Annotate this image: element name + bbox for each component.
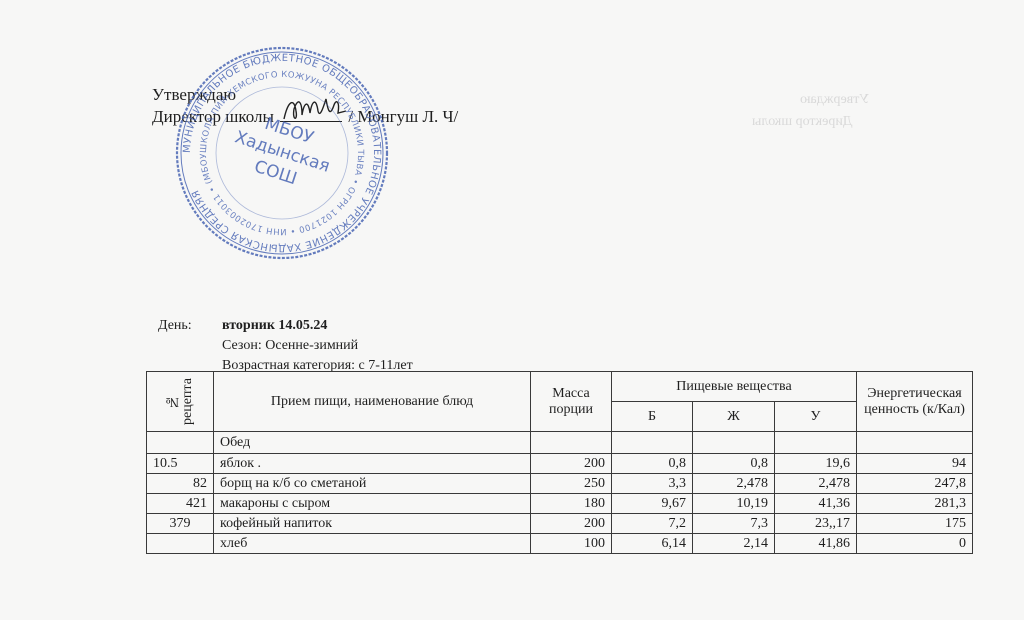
bleed-through-director: Директор школы (752, 114, 852, 130)
svg-text:ШКОЛА ПИЙ-ХЕМСКОГО КОЖУУНА РЕС: ШКОЛА ПИЙ-ХЕМСКОГО КОЖУУНА РЕСПУБЛИКИ ТЫ… (172, 43, 365, 236)
day-info: День: вторник 14.05.24 Сезон: Осенне-зим… (158, 316, 413, 376)
signature-icon (280, 91, 350, 127)
director-label: Директор школы (152, 107, 274, 126)
table-row: 10.5 яблок . 200 0,8 0,8 19,6 94 (147, 454, 973, 474)
header-nutrients: Пищевые вещества (612, 372, 857, 402)
svg-text:МУНИЦИПАЛЬНОЕ БЮДЖЕТНОЕ ОБЩЕОБ: МУНИЦИПАЛЬНОЕ БЮДЖЕТНОЕ ОБЩЕОБРАЗОВАТЕЛЬ… (182, 53, 382, 253)
approval-block: Утверждаю Директор школы / Монгуш Л. Ч/ (152, 84, 458, 128)
table-row: хлеб 100 6,14 2,14 41,86 0 (147, 534, 973, 554)
table-row: 379 кофейный напиток 200 7,2 7,3 23,,17 … (147, 514, 973, 534)
stamp-center-line-2: Хадынская (232, 127, 332, 176)
signature-line (280, 107, 342, 122)
section-row: Обед (147, 432, 973, 454)
header-carbs: У (775, 402, 857, 432)
menu-table: № рецепта Прием пищи, наименование блюд … (146, 371, 973, 554)
header-recipe-no: № рецепта (147, 372, 214, 432)
director-name: / Монгуш Л. Ч/ (348, 107, 458, 126)
section-title: Обед (214, 432, 531, 454)
header-fat: Ж (693, 402, 775, 432)
stamp-center-line-3: СОШ (252, 157, 299, 189)
bleed-through-approve: Утверждаю (800, 92, 869, 108)
header-energy: Энергетическая ценность (к/Кал) (857, 372, 973, 432)
stamp-outer-text: МУНИЦИПАЛЬНОЕ БЮДЖЕТНОЕ ОБЩЕОБРАЗОВАТЕЛЬ… (182, 53, 382, 253)
table-row: 82 борщ на к/б со сметаной 250 3,3 2,478… (147, 474, 973, 494)
header-protein: Б (612, 402, 693, 432)
day-value: вторник 14.05.24 (222, 316, 327, 336)
school-stamp-icon: МУНИЦИПАЛЬНОЕ БЮДЖЕТНОЕ ОБЩЕОБРАЗОВАТЕЛЬ… (172, 43, 392, 263)
header-portion: Масса порции (531, 372, 612, 432)
director-line: Директор школы / Монгуш Л. Ч/ (152, 106, 458, 128)
table-row: 421 макароны с сыром 180 9,67 10,19 41,3… (147, 494, 973, 514)
day-label: День: (158, 316, 222, 336)
stamp-inner-text: ШКОЛА ПИЙ-ХЕМСКОГО КОЖУУНА РЕСПУБЛИКИ ТЫ… (172, 43, 365, 236)
header-dish: Прием пищи, наименование блюд (214, 372, 531, 432)
season: Сезон: Осенне-зимний (222, 336, 358, 356)
